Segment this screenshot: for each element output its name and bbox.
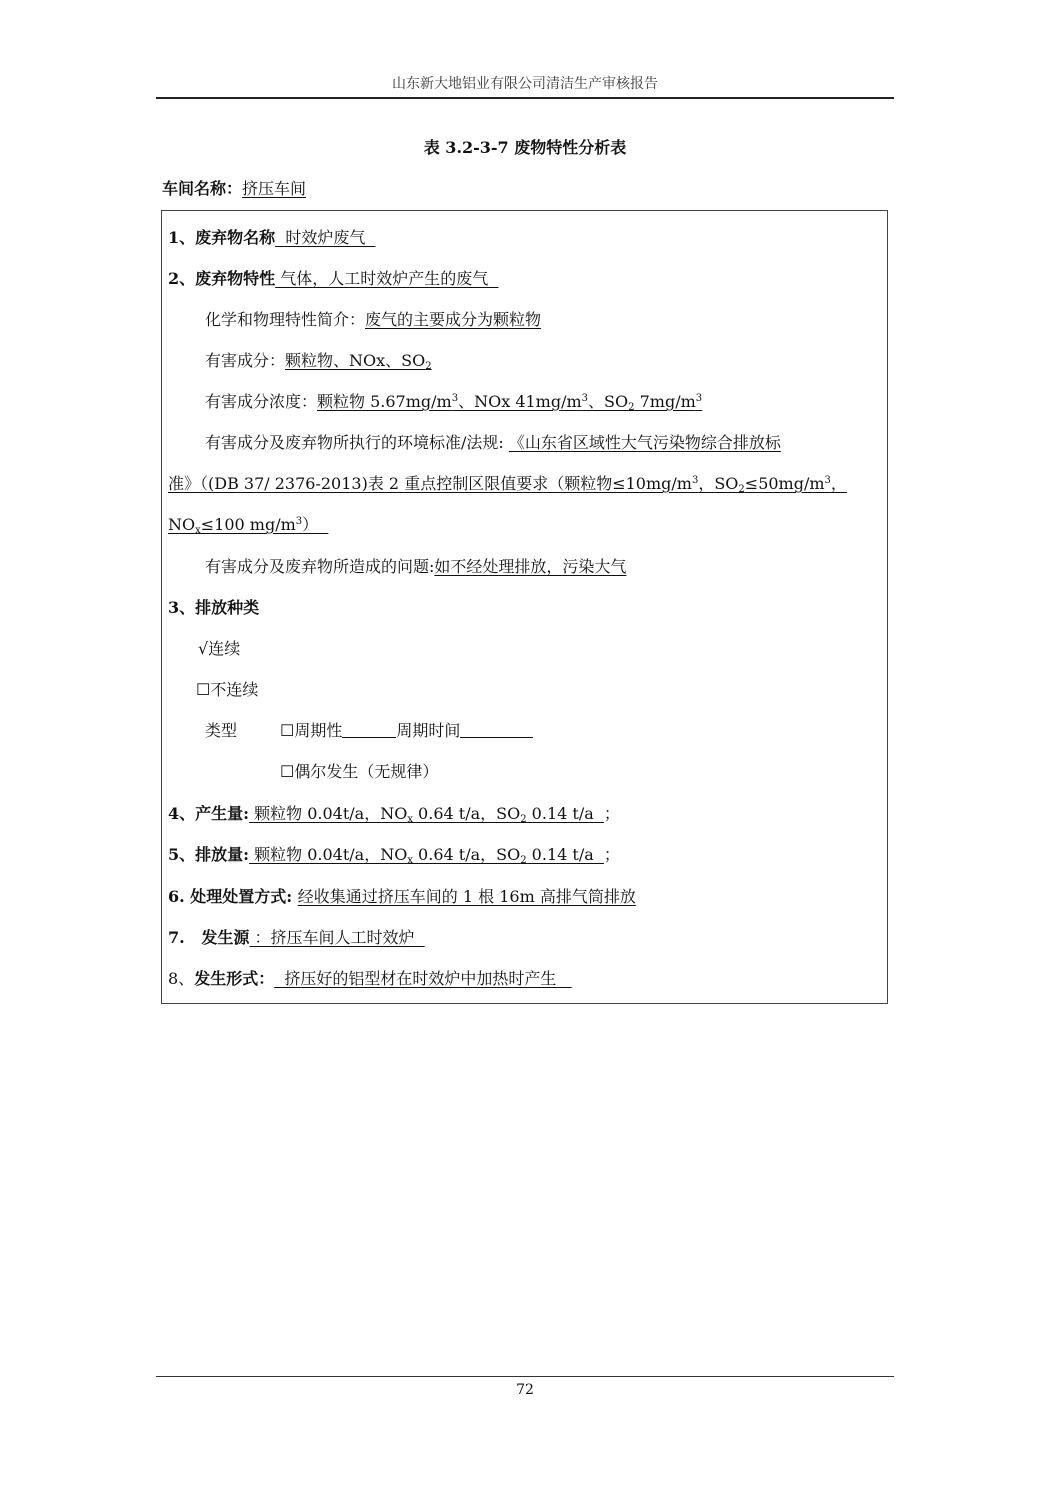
item-waste-name: 1、废弃物名称 时效炉废气 (168, 227, 376, 249)
concentration-value: 颗粒物 5.67mg/m3、NOx 41mg/m3、SO2 7mg/m3 (317, 392, 702, 411)
type-label: 类型 (205, 720, 237, 742)
emission-label: 5、排放量: (168, 845, 249, 864)
item-treatment: 6. 处理处置方式: 经收集通过挤压车间的 1 根 16m 高排气筒排放 (168, 886, 636, 908)
standard-value-2: 准》（(DB 37/ 2376-2013)表 2 重点控制区限值要求（颗粒物≤1… (168, 474, 847, 493)
table-title: 表 3.2-3-7 废物特性分析表 (156, 136, 894, 160)
source-value: ：挤压车间人工时效炉 (249, 928, 424, 947)
item-source: 7. 发生源 ：挤压车间人工时效炉 (168, 927, 425, 949)
option-continuous[interactable]: √连续 (198, 638, 240, 660)
harmful-concentration: 有害成分浓度：颗粒物 5.67mg/m3、NOx 41mg/m3、SO2 7mg… (205, 391, 702, 413)
form-number: 8、 (168, 969, 194, 988)
harmful-label: 有害成分： (205, 351, 285, 370)
harmful-value: 颗粒物、NOx、SO2 (285, 351, 432, 370)
emission-value: 颗粒物 0.04t/a，NOx 0.64 t/a，SO2 0.14 t/a (249, 845, 604, 864)
standard-line-3: NOx≤100 mg/m3） (168, 514, 328, 536)
problem-label: 有害成分及废弃物所造成的问题: (205, 557, 434, 576)
standard-value-1: 《山东省区域性大气污染物综合排放标 (509, 433, 781, 452)
waste-property-value: 气体，人工时效炉产生的废气 (275, 269, 498, 288)
period-time-blank[interactable] (460, 721, 533, 738)
concentration-label: 有害成分浓度： (205, 392, 317, 411)
treatment-label: 6. 处理处置方式: (168, 887, 298, 906)
standard-line-1: 有害成分及废弃物所执行的环境标准/法规: 《山东省区域性大气污染物综合排放标 (205, 432, 781, 454)
treatment-value: 经收集通过挤压车间的 1 根 16m 高排气筒排放 (298, 887, 636, 906)
workshop-value: 挤压车间 (242, 179, 306, 198)
item-emission-amount: 5、排放量: 颗粒物 0.04t/a，NOx 0.64 t/a，SO2 0.14… (168, 844, 620, 866)
workshop-line: 车间名称：挤压车间 (162, 177, 306, 201)
waste-name-value: 时效炉废气 (275, 228, 375, 247)
chem-value: 废气的主要成分为颗粒物 (365, 310, 541, 329)
source-label: 7. 发生源 (168, 928, 249, 947)
waste-property-label: 2、废弃物特性 (168, 269, 275, 288)
problem-line: 有害成分及废弃物所造成的问题:如不经处理排放，污染大气 (205, 556, 626, 578)
generation-label: 4、产生量: (168, 804, 249, 823)
footer-rule (156, 1376, 894, 1377)
workshop-label: 车间名称： (162, 179, 242, 198)
periodic-row: ☐周期性周期时间 (280, 720, 533, 742)
option-discontinuous[interactable]: ☐不连续 (196, 679, 258, 701)
option-periodic[interactable]: ☐周期性 (280, 721, 342, 740)
waste-analysis-box: 1、废弃物名称 时效炉废气 2、废弃物特性 气体，人工时效炉产生的废气 化学和物… (161, 210, 888, 1004)
page-number: 72 (156, 1380, 894, 1400)
standard-value-3: NOx≤100 mg/m3） (168, 515, 328, 534)
page-header: 山东新大地铝业有限公司清洁生产审核报告 (156, 74, 894, 94)
generation-value: 颗粒物 0.04t/a，NOx 0.64 t/a，SO2 0.14 t/a (249, 804, 604, 823)
form-value: 挤压好的铝型材在时效炉中加热时产生 (274, 969, 571, 988)
harmful-components: 有害成分：颗粒物、NOx、SO2 (205, 350, 432, 372)
header-rule (156, 97, 894, 99)
form-label: 发生形式： (194, 969, 274, 988)
item-generation-form: 8、发生形式： 挤压好的铝型材在时效炉中加热时产生 (168, 968, 572, 990)
emission-type-heading: 3、排放种类 (168, 597, 259, 619)
standard-label: 有害成分及废弃物所执行的环境标准/法规: (205, 433, 509, 452)
option-occasional[interactable]: ☐偶尔发生（无规律） (280, 761, 438, 783)
waste-name-label: 1、废弃物名称 (168, 228, 275, 247)
item-generation-amount: 4、产生量: 颗粒物 0.04t/a，NOx 0.64 t/a，SO2 0.14… (168, 803, 620, 825)
periodic-blank[interactable] (342, 721, 396, 738)
item-waste-property: 2、废弃物特性 气体，人工时效炉产生的废气 (168, 268, 498, 290)
standard-line-2: 准》（(DB 37/ 2376-2013)表 2 重点控制区限值要求（颗粒物≤1… (168, 473, 847, 495)
problem-value: 如不经处理排放，污染大气 (434, 557, 626, 576)
chem-physical-intro: 化学和物理特性简介：废气的主要成分为颗粒物 (205, 309, 541, 331)
period-time-label: 周期时间 (396, 721, 460, 740)
chem-label: 化学和物理特性简介： (205, 310, 365, 329)
